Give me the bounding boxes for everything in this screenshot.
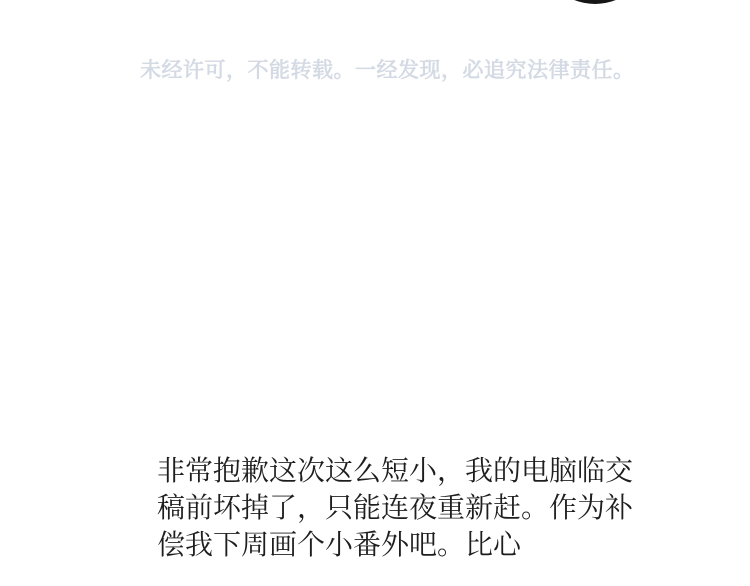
author-note-line: 非常抱歉这次这么短小，我的电脑临交 <box>157 452 633 489</box>
author-note-line: 稿前坏掉了，只能连夜重新赶。作为补 <box>157 489 633 526</box>
author-note-line: 偿我下周画个小番外吧。比心 <box>157 526 633 563</box>
copyright-watermark-text: 未经许可，不能转载。一经发现，必追究法律责任。 <box>140 54 635 84</box>
artwork-circle-fragment <box>539 0 651 4</box>
comic-page: 未经许可，不能转载。一经发现，必追究法律责任。 非常抱歉这次这么短小，我的电脑临… <box>0 0 750 586</box>
author-note: 非常抱歉这次这么短小，我的电脑临交 稿前坏掉了，只能连夜重新赶。作为补 偿我下周… <box>157 452 633 563</box>
